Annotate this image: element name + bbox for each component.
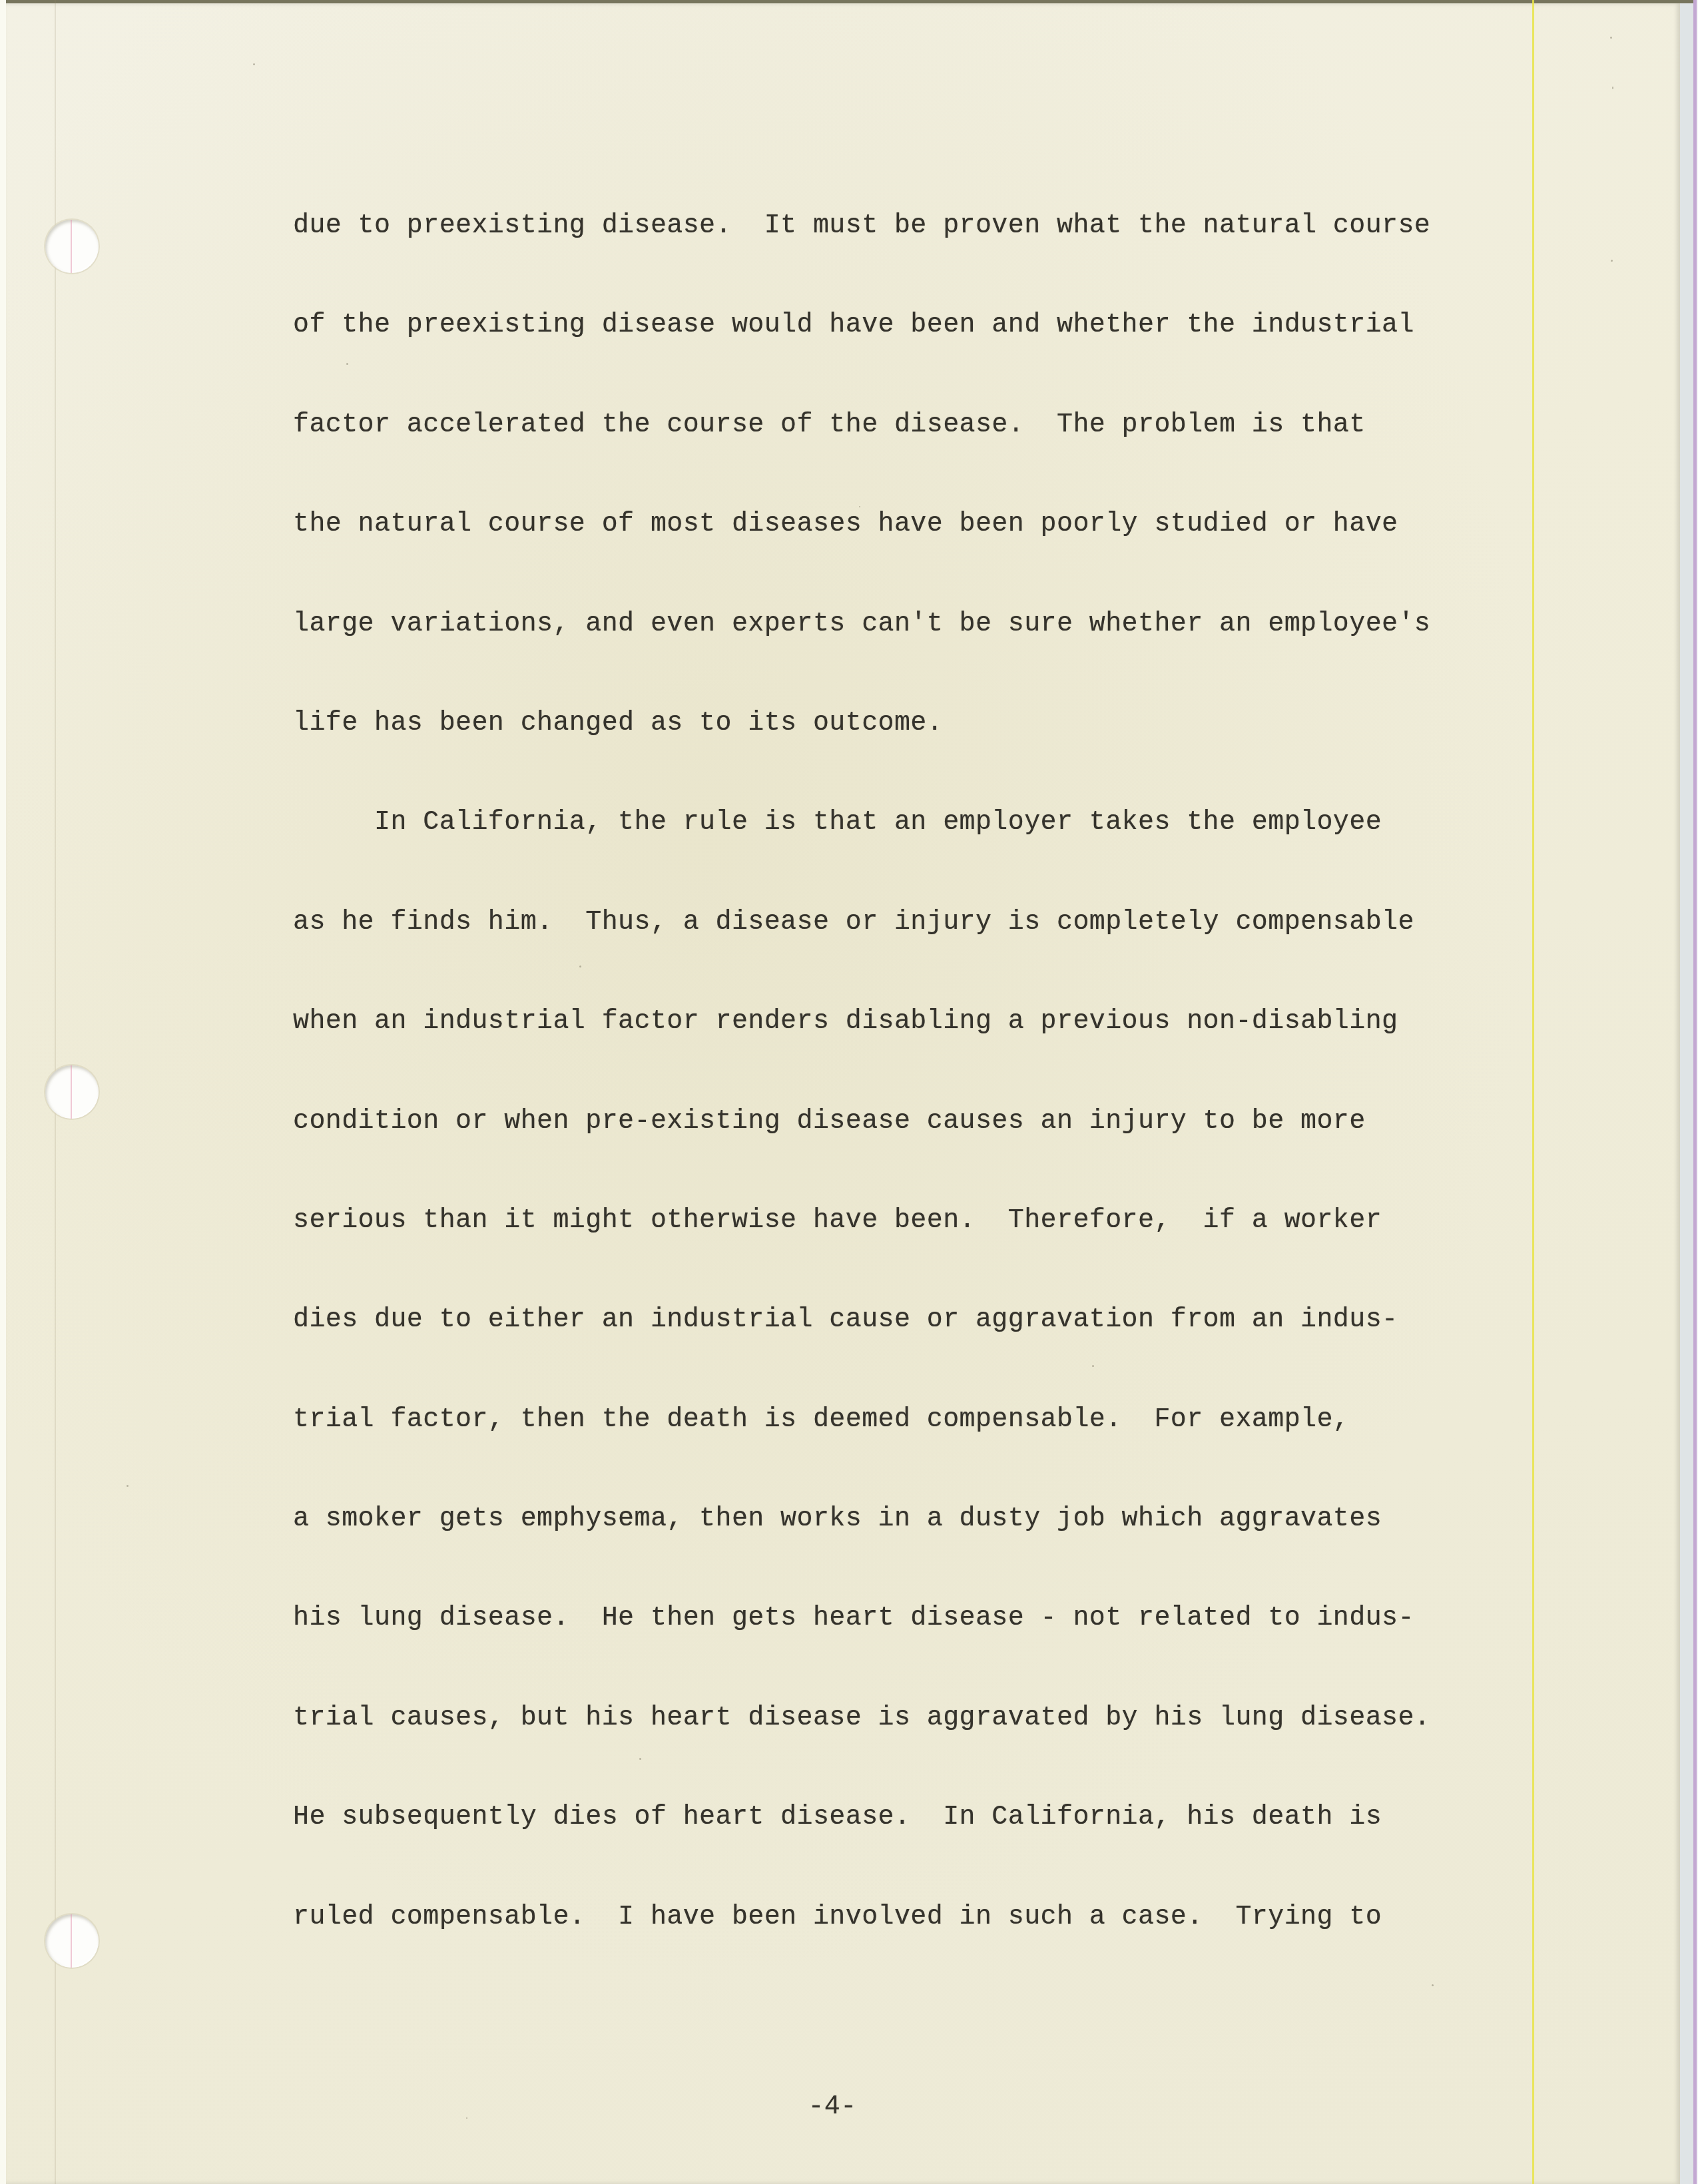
scanned-document: due to preexisting disease. It must be p… <box>0 0 1698 2184</box>
scan-left-edge <box>0 0 6 2184</box>
text-line: condition or when pre-existing disease c… <box>293 1107 1430 1207</box>
punch-hole-bottom <box>45 1914 99 1968</box>
text-line: trial causes, but his heart disease is a… <box>293 1704 1430 1803</box>
text-line: dies due to either an industrial cause o… <box>293 1306 1430 1405</box>
text-line: life has been changed as to its outcome. <box>293 709 1430 808</box>
text-line: serious than it might otherwise have bee… <box>293 1207 1430 1306</box>
text-line: due to preexisting disease. It must be p… <box>293 212 1430 311</box>
paper-speck <box>1611 260 1613 262</box>
text-line: large variations, and even experts can't… <box>293 610 1430 709</box>
paper-speck <box>579 965 581 967</box>
text-line: his lung disease. He then gets heart dis… <box>293 1604 1430 1703</box>
paper-speck <box>466 2117 467 2119</box>
text-line: the natural course of most diseases have… <box>293 510 1430 609</box>
paper-speck <box>639 1758 641 1760</box>
paper-speck <box>346 363 348 365</box>
yellow-margin-line <box>1532 0 1534 2184</box>
scan-top-edge <box>0 0 1698 3</box>
paper-speck <box>859 506 860 507</box>
punch-hole-top <box>45 220 99 273</box>
paper-speck <box>253 63 255 65</box>
punch-hole-middle <box>45 1065 99 1119</box>
typewritten-text-block: due to preexisting disease. It must be p… <box>293 212 1430 2002</box>
hole-backing-line <box>71 220 72 273</box>
hole-backing-line <box>71 1065 72 1119</box>
text-line: ruled compensable. I have been involved … <box>293 1903 1430 2002</box>
paper-speck <box>1092 1365 1094 1367</box>
paper-speck <box>127 1485 129 1487</box>
paper-speck <box>1432 1984 1434 1986</box>
text-line: when an industrial factor renders disabl… <box>293 1007 1430 1107</box>
text-line: as he finds him. Thus, a disease or inju… <box>293 908 1430 1007</box>
text-line: trial factor, then the death is deemed c… <box>293 1406 1430 1505</box>
text-line: of the preexisting disease would have be… <box>293 311 1430 410</box>
text-line: a smoker gets emphysema, then works in a… <box>293 1505 1430 1604</box>
text-line: factor accelerated the course of the dis… <box>293 411 1430 510</box>
paper-speck <box>1610 37 1612 39</box>
text-line: He subsequently dies of heart disease. I… <box>293 1803 1430 1902</box>
page-number: -4- <box>766 2092 899 2122</box>
hole-backing-line <box>71 1914 72 1968</box>
text-line paragraph-start: In California, the rule is that an emplo… <box>293 808 1430 908</box>
paper-speck <box>1612 87 1613 89</box>
